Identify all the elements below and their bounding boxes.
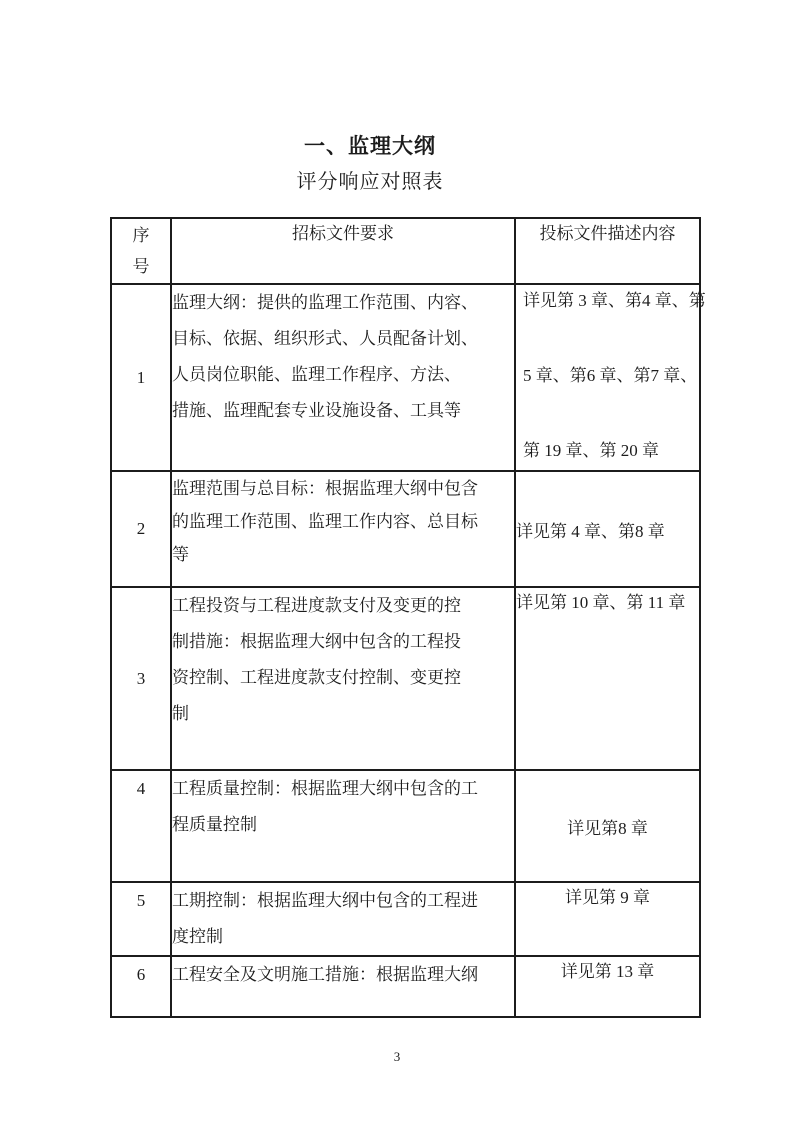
description-line: 第 19 章、第 20 章	[523, 442, 699, 460]
page-number: 3	[0, 1049, 794, 1065]
table-row: 4 工程质量控制：根据监理大纲中包含的工 程质量控制 详见第8 章	[111, 770, 700, 882]
cell-serial-number: 3	[111, 587, 171, 770]
table-header-row: 序 号 招标文件要求 投标文件描述内容	[111, 218, 700, 284]
cell-description: 详见第 10 章、第 11 章	[515, 587, 700, 770]
page-subtitle: 评分响应对照表	[0, 165, 740, 194]
cell-requirement: 监理范围与总目标：根据监理大纲中包含 的监理工作范围、监理工作内容、总目标 等	[171, 471, 515, 587]
cell-description: 详见第 3 章、第4 章、第 5 章、第6 章、第7 章、 第 19 章、第 2…	[515, 284, 700, 471]
cell-requirement: 工程质量控制：根据监理大纲中包含的工 程质量控制	[171, 770, 515, 882]
page-title: 一、监理大纲	[0, 130, 740, 160]
cell-description: 详见第8 章	[515, 770, 700, 882]
cell-serial-number: 2	[111, 471, 171, 587]
cell-serial-number: 6	[111, 956, 171, 1017]
cell-requirement: 工期控制：根据监理大纲中包含的工程进 度控制	[171, 882, 515, 956]
table-row: 6 工程安全及文明施工措施：根据监理大纲 详见第 13 章	[111, 956, 700, 1017]
column-header-serial: 序 号	[111, 218, 171, 284]
cell-requirement: 监理大纲：提供的监理工作范围、内容、 目标、依据、组织形式、人员配备计划、 人员…	[171, 284, 515, 471]
cell-serial-number: 5	[111, 882, 171, 956]
description-line: 5 章、第6 章、第7 章、	[523, 367, 699, 385]
column-header-requirement: 招标文件要求	[171, 218, 515, 284]
column-header-description: 投标文件描述内容	[515, 218, 700, 284]
cell-description: 详见第 13 章	[515, 956, 700, 1017]
response-comparison-table: 序 号 招标文件要求 投标文件描述内容 1 监理大纲：提供的监理工作范围、内容、…	[110, 217, 701, 1018]
description-lines: 详见第 3 章、第4 章、第 5 章、第6 章、第7 章、 第 19 章、第 2…	[516, 285, 699, 470]
cell-requirement: 工程投资与工程进度款支付及变更的控 制措施：根据监理大纲中包含的工程投 资控制、…	[171, 587, 515, 770]
cell-requirement: 工程安全及文明施工措施：根据监理大纲	[171, 956, 515, 1017]
cell-description: 详见第 9 章	[515, 882, 700, 956]
cell-serial-number: 4	[111, 770, 171, 882]
table-row: 5 工期控制：根据监理大纲中包含的工程进 度控制 详见第 9 章	[111, 882, 700, 956]
table-row: 3 工程投资与工程进度款支付及变更的控 制措施：根据监理大纲中包含的工程投 资控…	[111, 587, 700, 770]
description-line: 详见第 3 章、第4 章、第	[523, 292, 699, 310]
cell-description: 详见第 4 章、第8 章	[515, 471, 700, 587]
table-row: 1 监理大纲：提供的监理工作范围、内容、 目标、依据、组织形式、人员配备计划、 …	[111, 284, 700, 471]
cell-serial-number: 1	[111, 284, 171, 471]
table-row: 2 监理范围与总目标：根据监理大纲中包含 的监理工作范围、监理工作内容、总目标 …	[111, 471, 700, 587]
document-page: 一、监理大纲 评分响应对照表 序 号 招标文件要求 投标文件描述内容 1 监理大…	[0, 0, 794, 1122]
